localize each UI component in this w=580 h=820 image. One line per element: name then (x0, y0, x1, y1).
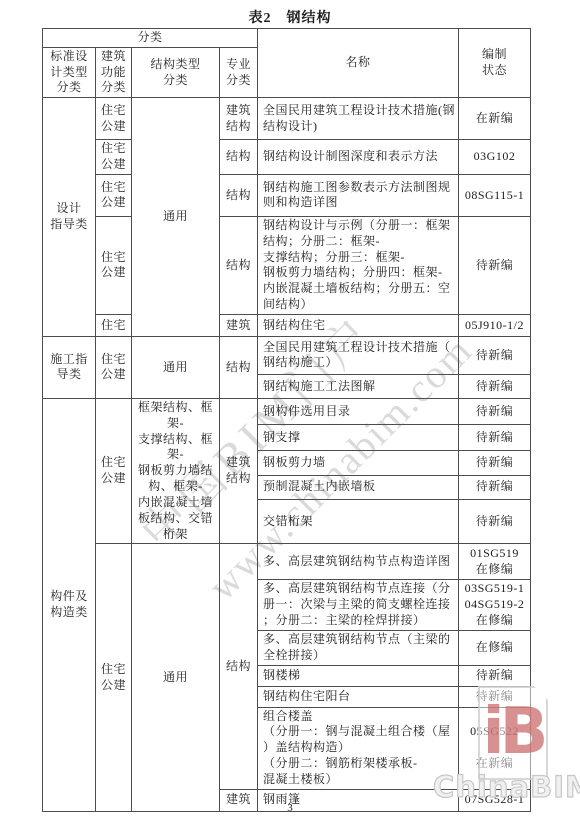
header-discipline: 专业 分类 (220, 47, 258, 97)
discipline-cell: 结构 (220, 140, 258, 175)
status-cell: 待新编 (459, 398, 531, 424)
building-function-cell: 住宅 公建 (96, 140, 132, 175)
name-cell: 全国民用建筑工程设计技术措施（ 钢结构施工） (258, 336, 459, 374)
name-cell: 钢楼梯 (258, 665, 459, 686)
page-number: 3 (0, 802, 580, 814)
status-cell: 05J910-1/2 (459, 314, 531, 336)
header-status: 编制 状态 (459, 29, 531, 98)
table-row: 住宅 公建通用结构多、高层建筑钢结构节点构造详图01SG519 在修编 (43, 544, 531, 580)
status-cell: 在新编 (459, 98, 531, 140)
document-page: 中国BIM门户 www.chinabim.com 表2 钢结构 分类 名称 编制… (0, 0, 580, 820)
building-function-cell: 住宅 公建 (96, 336, 132, 398)
building-function-cell: 住宅 公建 (96, 398, 132, 543)
status-cell: 待新编 (459, 499, 531, 543)
table-row: 构件及 构造类住宅 公建框架结构、框架- 支撑结构、框架- 钢板剪力墙结构、框架… (43, 398, 531, 424)
table-row: 设计 指导类住宅 公建通用建筑 结构全国民用建筑工程设计技术措施(钢 结构设计)… (43, 98, 531, 140)
name-cell: 钢结构设计制图深度和表示方法 (258, 140, 459, 175)
name-cell: 预制混凝土内嵌墙板 (258, 475, 459, 499)
status-cell: 待新编 (459, 665, 531, 686)
steel-structure-table: 分类 名称 编制 状态 标准设 计类型 分类 建筑 功能 分类 结构类型 分类 … (42, 28, 531, 812)
table-row: 住宅 公建结构钢结构设计与示例（分册一：框架 结构；分册二：框架- 支撑结构；分… (43, 216, 531, 314)
status-cell: 03G102 (459, 140, 531, 175)
status-cell: 01SG519 在修编 (459, 544, 531, 580)
discipline-cell: 结构 (220, 174, 258, 216)
building-function-cell: 住宅 公建 (96, 216, 132, 314)
name-cell: 多、高层建筑钢结构节点连接（分 册一：次梁与主梁的简支螺栓连接 ；分册二：主梁的… (258, 580, 459, 630)
discipline-cell: 结构 (220, 336, 258, 398)
status-cell: 待新编 (459, 425, 531, 451)
table-row: 住宅建筑钢结构住宅05J910-1/2 (43, 314, 531, 336)
status-cell: 待新编 (459, 336, 531, 374)
table-body: 设计 指导类住宅 公建通用建筑 结构全国民用建筑工程设计技术措施(钢 结构设计)… (43, 98, 531, 811)
structure-type-cell: 通用 (132, 98, 220, 337)
name-cell: 钢结构住宅 (258, 314, 459, 336)
discipline-cell: 结构 (220, 544, 258, 789)
building-function-cell: 住宅 公建 (96, 98, 132, 140)
header-building-function: 建筑 功能 分类 (96, 47, 132, 97)
status-cell: 08SG115-1 (459, 174, 531, 216)
status-cell: 待新编 (459, 451, 531, 475)
name-cell: 组合楼盖 （分册一：钢与混凝土组合楼（屋 ）盖结构构造） （分册二：钢筋桁架楼承… (258, 707, 459, 789)
name-cell: 钢结构施工图参数表示方法制图规 则和构造详图 (258, 174, 459, 216)
header-name: 名称 (258, 29, 459, 98)
building-function-cell: 住宅 (96, 314, 132, 336)
table-row: 住宅 公建结构钢结构施工图参数表示方法制图规 则和构造详图08SG115-1 (43, 174, 531, 216)
chinabim-logo: iB (478, 686, 548, 780)
status-cell: 03SG519-1 04SG519-2 在修编 (459, 580, 531, 630)
section-label-cell: 设计 指导类 (43, 98, 96, 337)
structure-type-cell: 通用 (132, 544, 220, 811)
name-cell: 交错桁架 (258, 499, 459, 543)
discipline-cell: 建筑 结构 (220, 398, 258, 543)
name-cell: 钢结构住宅阳台 (258, 686, 459, 707)
discipline-cell: 建筑 (220, 314, 258, 336)
name-cell: 钢板剪力墙 (258, 451, 459, 475)
table-row: 住宅 公建结构钢结构设计制图深度和表示方法03G102 (43, 140, 531, 175)
building-function-cell: 住宅 公建 (96, 174, 132, 216)
section-label-cell: 施工指 导类 (43, 336, 96, 398)
header-classification-group: 分类 (43, 29, 258, 48)
name-cell: 钢构件选用目录 (258, 398, 459, 424)
logo-ib-icon: iB (478, 686, 548, 780)
name-cell: 多、高层建筑钢结构节点（主梁的 全栓拼接） (258, 630, 459, 665)
status-cell: 待新编 (459, 216, 531, 314)
status-cell: 待新编 (459, 475, 531, 499)
section-label-cell: 构件及 构造类 (43, 398, 96, 811)
structure-type-cell: 框架结构、框架- 支撑结构、框架- 钢板剪力墙结构、框架- 内嵌混凝土墙板结构、… (132, 398, 220, 543)
discipline-cell: 结构 (220, 216, 258, 314)
table-row: 施工指 导类住宅 公建通用结构全国民用建筑工程设计技术措施（ 钢结构施工）待新编 (43, 336, 531, 374)
structure-type-cell: 通用 (132, 336, 220, 398)
name-cell: 全国民用建筑工程设计技术措施(钢 结构设计) (258, 98, 459, 140)
status-cell: 待新编 (459, 374, 531, 398)
page-title: 表2 钢结构 (0, 7, 580, 27)
header-std-design-type: 标准设 计类型 分类 (43, 47, 96, 97)
discipline-cell: 建筑 结构 (220, 98, 258, 140)
name-cell: 钢结构施工工法图解 (258, 374, 459, 398)
header-structure-type: 结构类型 分类 (132, 47, 220, 97)
header-row-group: 分类 名称 编制 状态 (43, 29, 531, 48)
name-cell: 钢结构设计与示例（分册一：框架 结构；分册二：框架- 支撑结构；分册三：框架- … (258, 216, 459, 314)
name-cell: 多、高层建筑钢结构节点构造详图 (258, 544, 459, 580)
name-cell: 钢支撑 (258, 425, 459, 451)
status-cell: 在修编 (459, 630, 531, 665)
building-function-cell: 住宅 公建 (96, 544, 132, 811)
